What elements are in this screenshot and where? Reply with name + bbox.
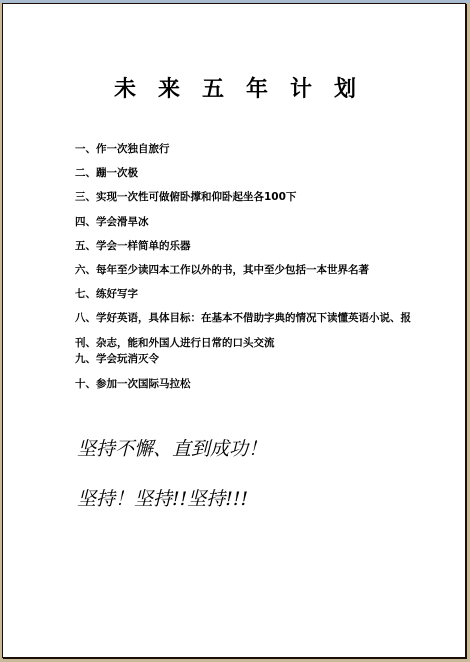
document-title: 未来五年计划: [3, 72, 467, 103]
plan-item: 一、作一次独自旅行: [75, 141, 415, 165]
plan-list: 一、作一次独自旅行 二、蹦一次极 三、实现一次性可做俯卧撑和仰卧起坐各100下 …: [75, 141, 415, 400]
plan-item: 二、蹦一次极: [75, 165, 415, 189]
slogan: 坚持不懈、直到成功！: [77, 434, 267, 461]
plan-item: 四、学会滑旱冰: [75, 214, 415, 238]
plan-item: 五、学会一样简单的乐器: [75, 238, 415, 262]
plan-item: 八、学好英语，具体目标：在基本不借助字典的情况下读懂英语小说、报刊、杂志，能和外…: [75, 306, 415, 355]
plan-item: 三、实现一次性可做俯卧撑和仰卧起坐各100下: [75, 189, 415, 213]
plan-item: 十、参加一次国际马拉松: [75, 376, 415, 400]
plan-item: 六、每年至少读四本工作以外的书，其中至少包括一本世界名著: [75, 262, 415, 286]
document-page: 未来五年计划 一、作一次独自旅行 二、蹦一次极 三、实现一次性可做俯卧撑和仰卧起…: [2, 3, 466, 658]
slogan: 坚持！坚持!!坚持!!!: [77, 484, 248, 511]
